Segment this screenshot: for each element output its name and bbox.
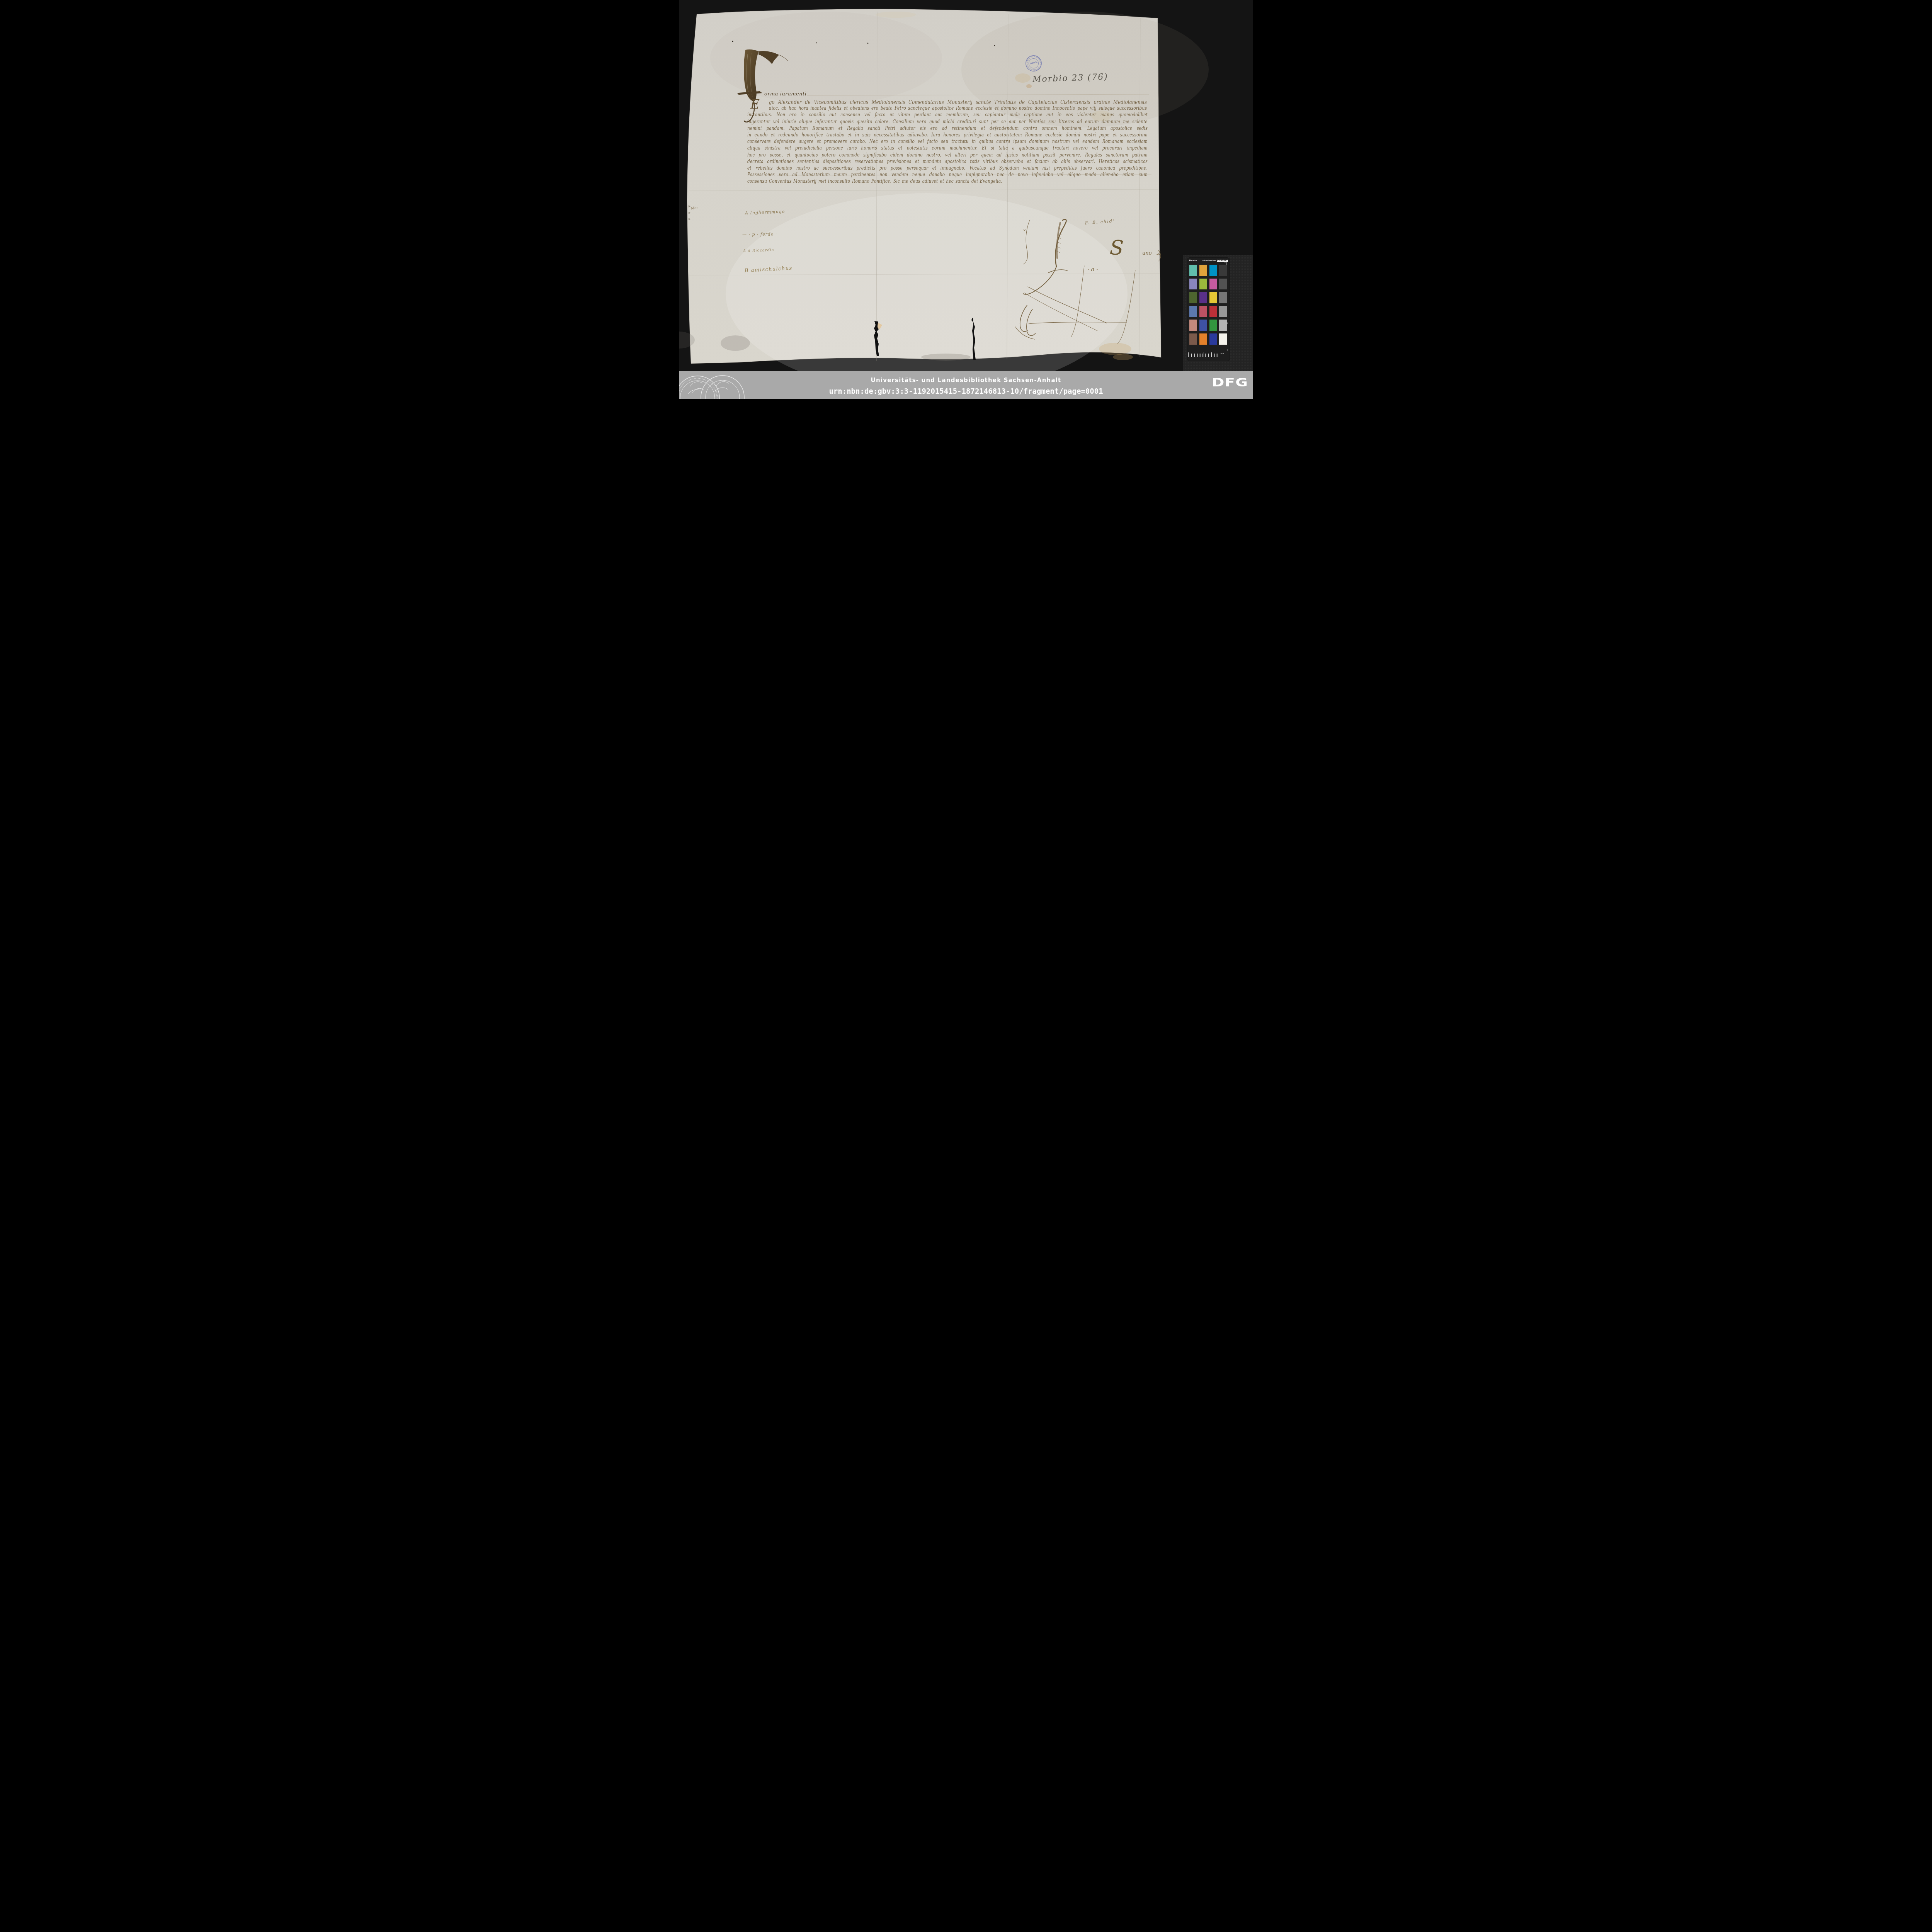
parchment-artwork [679,0,1253,399]
dfg-logo: DFG [1212,376,1248,389]
signature-uno: uno [1142,250,1152,256]
manuscript-line: conservare defendere augere et promovere… [747,139,1148,145]
xrite-logo: ✖x-rite [1189,259,1197,262]
manuscript-line: Possessiones vero ad Monasterium meum pe… [747,172,1148,178]
patch-blue [1209,333,1217,345]
digitized-manuscript-page: F orma iuramenti E go Alexander de Vicec… [679,0,1253,399]
patch-foliage [1189,292,1197,303]
document-heading: orma iuramenti [764,91,807,97]
patch-blue-flower [1189,279,1197,290]
ruler-mm-label: mm [1220,352,1224,355]
signature-a: · a · [1087,266,1098,273]
card-cropmark-bottom [1228,349,1228,351]
signature-S: S [1109,236,1124,260]
patch-green [1209,320,1217,331]
patch-neutral-5 [1219,292,1227,303]
colorchecker-wordmark: colorchecker CLASSIC [1202,259,1228,262]
manuscript-line: et rebelles domino nostro ac successorib… [747,165,1148,172]
manuscript-line: go Alexander de Vicecomitibus clericus M… [769,99,1147,105]
patch-magenta [1209,279,1217,290]
patch-neutral-8 [1219,320,1227,331]
patch-purplish-blue [1199,320,1207,331]
patch-cyan [1209,265,1217,276]
manuscript-line: nemini pandam. Papatum Romanum et Regali… [747,126,1148,132]
manuscript-line: in eundo et redeundo honorifice tractabo… [747,132,1148,138]
card-crosshair: + [1226,322,1228,325]
manuscript-line: dioc. ab hac hora inantea fidelis et obe… [769,105,1147,112]
opening-initial-E: E [750,97,760,112]
library-ink-stamp: UNIVERSITÄTS- U. LANDESBIBLIOTHEK ✳ Hall… [1025,55,1043,73]
manuscript-line: hoc pro posse, et quantocius potero comm… [747,152,1148,158]
manuscript-line: consensu Conventus Monasterij mei incons… [747,179,1002,184]
patch-yellow-green [1199,279,1207,290]
patch-dark-skin [1189,333,1197,345]
patch-light-skin [1189,320,1197,331]
manuscript-line: aliqua sinistra vel preiudicialia person… [747,145,1148,151]
patch-orange-yellow [1199,265,1207,276]
footer-urn: urn:nbn:de:gbv:3:3-1192015415-1872146813… [679,387,1253,396]
manuscript-line: intrantibus. Non ero in consilio aut con… [747,112,1148,118]
patch-purple [1199,292,1207,303]
ruler-minor-ticks [1188,354,1218,357]
patch-black [1219,265,1227,276]
patch-neutral-6.5 [1219,306,1227,317]
signature-mark-v: v [1023,227,1026,232]
patch-white [1219,333,1227,345]
patch-yellow [1209,292,1217,303]
colorchecker-header: ✖x-rite colorchecker CLASSIC [1189,259,1228,263]
colorchecker-patch-grid [1189,265,1227,345]
footer-bar: DOCERE · UNIVERS · WITTENBERG · CEPIT Un… [679,371,1253,399]
margin-note-1b: — · p · ferdo · [742,231,777,237]
manuscript-line: ingerantur vel iniurie alique inferantur… [747,119,1148,125]
patch-orange [1199,333,1207,345]
patch-bluish-green [1189,265,1197,276]
patch-red [1209,306,1217,317]
signature-2: 2 [1156,249,1161,257]
patch-neutral-3.5 [1219,279,1227,290]
footer-library-name: Universitäts- und Landesbibliothek Sachs… [679,377,1253,384]
patch-blue-sky [1189,306,1197,317]
card-cropmark-vertical [1226,262,1226,265]
manuscript-line: decreta ordinationes sententias disposit… [747,159,1148,165]
patch-moderate-red [1199,306,1207,317]
